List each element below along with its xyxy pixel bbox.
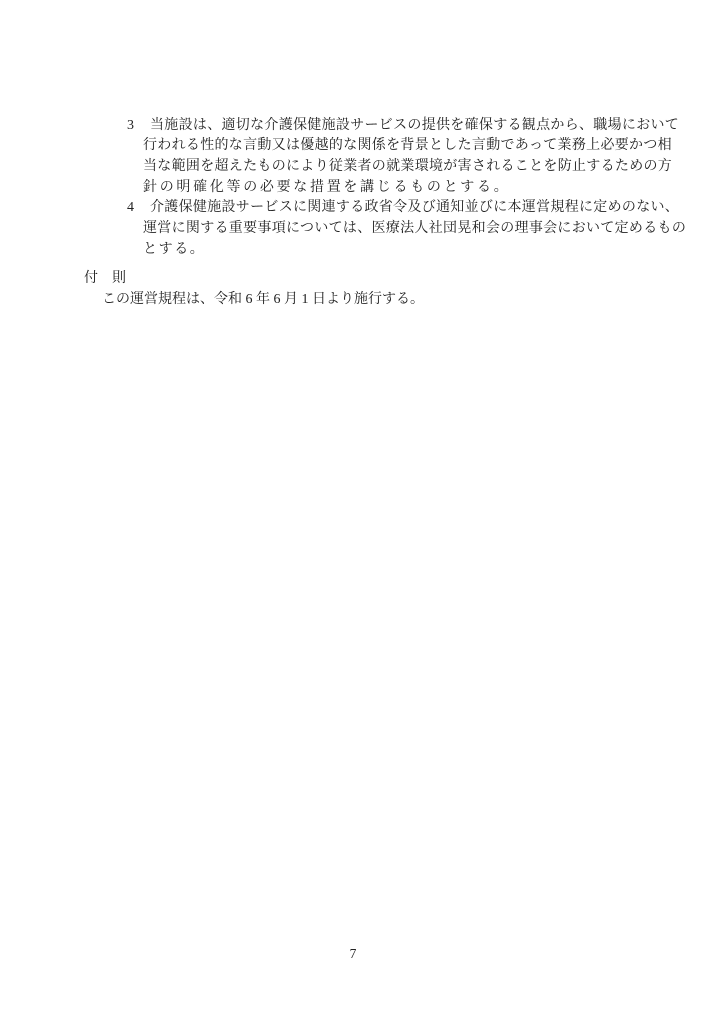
- provision-line: 3当施設は、適切な介護保健施設サービスの提供を確保する観点から、職場において: [0, 116, 724, 137]
- page-number: 7: [350, 944, 357, 965]
- provision-line: 当な範囲を超えたものにより従業者の就業環境が害されることを防止するための方: [0, 157, 724, 178]
- appendix-section: 付 則 この運営規程は、令和 6 年 6 月 1 日より施行する。: [84, 269, 424, 310]
- appendix-heading: 付 則: [84, 269, 424, 290]
- provision-line: 針の明確化等の必要な措置を講じるものとする。: [0, 178, 724, 199]
- provision-item-4: 4介護保健施設サービスに関連する政省令及び通知並びに本運営規程に定めのない、 運…: [0, 198, 724, 260]
- page-footer: 7: [0, 944, 706, 965]
- provisions-list: 3当施設は、適切な介護保健施設サービスの提供を確保する観点から、職場において 行…: [0, 116, 724, 261]
- item-number: 4: [127, 198, 150, 219]
- provision-text: 介護保健施設サービスに関連する政省令及び通知並びに本運営規程に定めのない、: [150, 200, 679, 215]
- provision-line: とする。: [0, 240, 724, 261]
- appendix-effective-date: この運営規程は、令和 6 年 6 月 1 日より施行する。: [102, 290, 424, 311]
- document-page: 3当施設は、適切な介護保健施設サービスの提供を確保する観点から、職場において 行…: [0, 0, 724, 1024]
- provision-text: 当施設は、適切な介護保健施設サービスの提供を確保する観点から、職場において: [150, 118, 679, 133]
- provision-line: 行われる性的な言動又は優越的な関係を背景とした言動であって業務上必要かつ相: [0, 136, 724, 157]
- provision-line: 運営に関する重要事項については、医療法人社団晃和会の理事会において定めるもの: [0, 219, 724, 240]
- provision-item-3: 3当施設は、適切な介護保健施設サービスの提供を確保する観点から、職場において 行…: [0, 116, 724, 199]
- item-number: 3: [127, 116, 150, 137]
- provision-line: 4介護保健施設サービスに関連する政省令及び通知並びに本運営規程に定めのない、: [0, 198, 724, 219]
